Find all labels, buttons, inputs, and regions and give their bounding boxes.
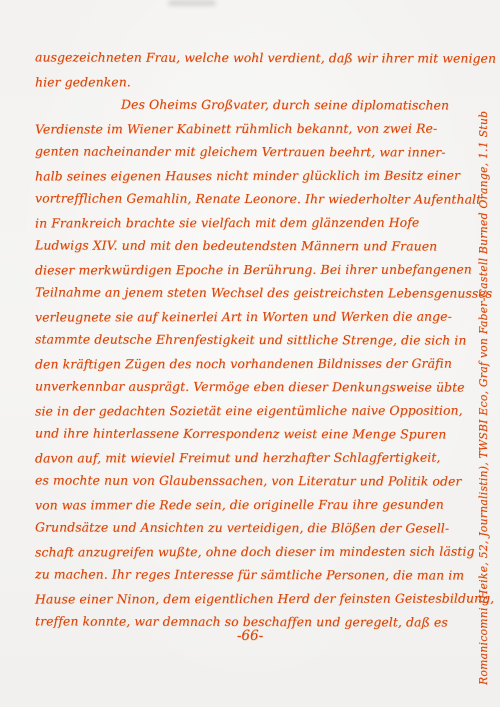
handwritten-line-paragraph-start: Des Oheims Großvater, durch seine diplom…	[35, 92, 473, 117]
handwritten-line: Hause einer Ninon, dem eigentlichen Herd…	[35, 586, 473, 610]
handwritten-line: Teilnahme an jenem steten Wechsel des ge…	[35, 280, 473, 305]
handwritten-line: halb seines eigenen Hauses nicht minder …	[35, 163, 473, 187]
handwritten-line: sie in der gedachten Sozietät eine eigen…	[35, 398, 473, 422]
scan-smudge	[168, 0, 216, 6]
handwritten-line: zu machen. Ihr reges Interesse für sämtl…	[35, 562, 473, 587]
handwritten-line: stammte deutsche Ehrenfestigkeit und sit…	[35, 327, 473, 352]
handwritten-line: Verdienste im Wiener Kabinett rühmlich b…	[35, 116, 473, 140]
handwritten-line: schaft anzugreifen wußte, ohne doch dies…	[35, 539, 473, 563]
handwritten-line: und ihre hinterlassene Korrespondenz wei…	[35, 421, 473, 446]
handwritten-line: von was immer die Rede sein, die origine…	[35, 492, 473, 516]
handwritten-line: den kräftigen Zügen des noch vorhandenen…	[35, 351, 473, 375]
handwritten-line: in Frankreich brachte sie vielfach mit d…	[35, 210, 473, 234]
handwritten-line: verleugnete sie auf keinerlei Art in Wor…	[35, 304, 473, 328]
handwritten-line: unverkennbar ausprägt. Vermöge eben dies…	[35, 374, 473, 399]
manuscript-page: ausgezeichneten Frau, welche wohl verdie…	[0, 0, 500, 707]
handwritten-line: hier gedenken.	[35, 69, 473, 93]
handwritten-line: genten nacheinander mit gleichem Vertrau…	[35, 139, 473, 164]
handwritten-line: davon auf, mit wieviel Freimut und herzh…	[35, 445, 473, 469]
handwritten-text-block: ausgezeichneten Frau, welche wohl verdie…	[35, 46, 473, 634]
handwritten-line: ausgezeichneten Frau, welche wohl verdie…	[35, 45, 473, 70]
handwritten-line: es mochte nun von Glaubenssachen, von Li…	[35, 468, 473, 493]
pen-ink-attribution-note: Romanicomni (Heike, 52, Journalistin), T…	[477, 66, 490, 685]
page-number: -66-	[0, 628, 500, 644]
handwritten-line: dieser merkwürdigen Epoche in Berührung.…	[35, 257, 473, 281]
handwritten-line: Ludwigs XIV. und mit den bedeutendsten M…	[35, 233, 473, 258]
handwritten-line: Grundsätze und Ansichten zu verteidigen,…	[35, 515, 473, 540]
handwritten-line: vortrefflichen Gemahlin, Renate Leonore.…	[35, 186, 473, 211]
